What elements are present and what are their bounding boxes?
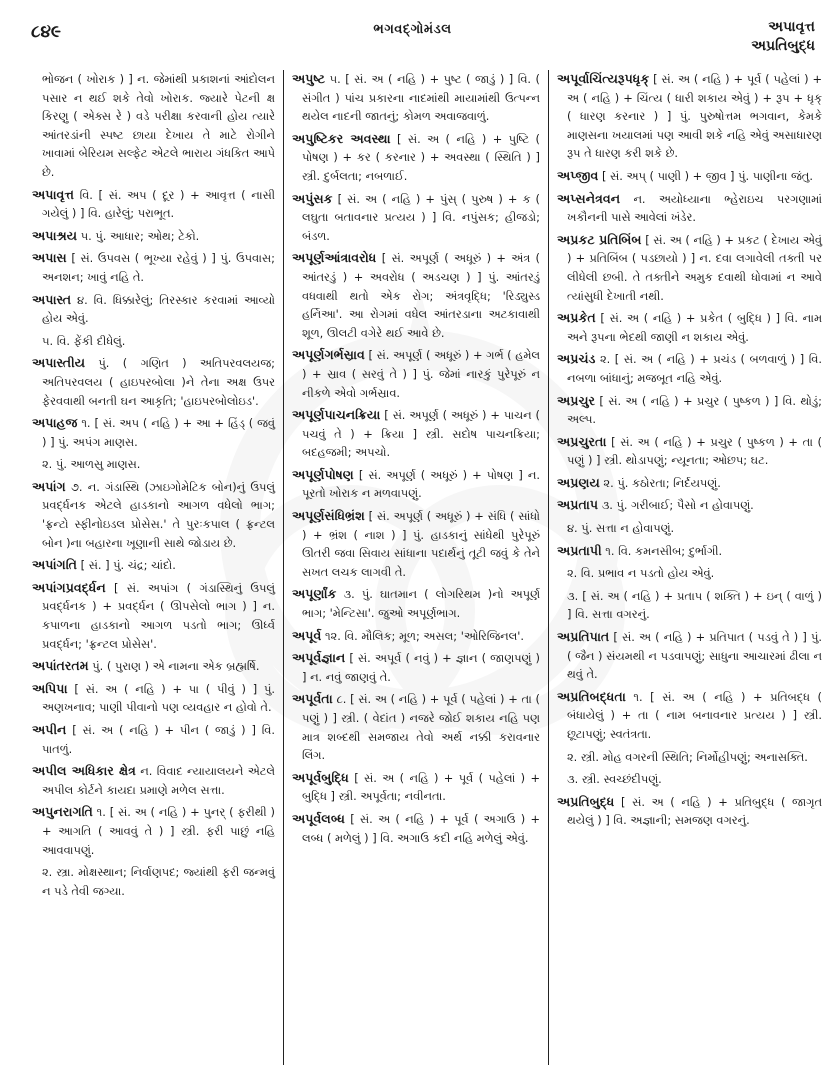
dictionary-entry: અપૂર્ણાંક ૩. પું. ઘાતમાન ( લોગરિથમ )નો અ…	[292, 585, 540, 622]
column-3: અપૂર્વાચિંત્યરૂપધૃક્ [ સં. અ ( નહિ ) + પ…	[549, 70, 822, 1065]
dictionary-entry: અપૂર્વલબ્ધ [ સં. અ ( નહિ ) + પૂર્વ ( અગા…	[292, 810, 540, 847]
entry-definition: [ સં. અ ( નહિ ) + પ્રચુર ( પુષ્કળ ) + તા…	[567, 435, 822, 468]
entry-headword: અપ્જીવ	[557, 168, 598, 183]
dictionary-entry: અપીલ અધિકાર ક્ષેત્ર ન. વિવાદ ન્યાયાલયને …	[32, 762, 275, 799]
entry-headword: અપાવૃત્ત	[32, 187, 74, 202]
entry-headword: અપ્રતિબદ્ધતા	[557, 689, 626, 704]
guide-word-first: અપાવૃત્ત	[751, 18, 815, 37]
dictionary-entry: અપ્સનેત્રવન ન. અયોધ્યાના ભ્હેરાઇચ પરગણામ…	[557, 190, 822, 227]
entry-definition: [ સં. ] પું. ચંદ્ર; ચાંદો.	[81, 558, 176, 572]
entry-sense: ૨. પું. આળસુ માણસ.	[32, 455, 275, 474]
dictionary-entry: અપાશ્રય પ. પું. આધાર; ઓથ; ટેકો.	[32, 227, 275, 246]
dictionary-entry: અપ્રતિબુદ્ધ [ સં. અ ( નહિ ) + પ્રતિબુદ્ધ…	[557, 793, 822, 830]
entry-headword: અપ્રતિપાત	[557, 629, 609, 644]
entry-headword: અપૂર્વાચિંત્યરૂપધૃક્	[557, 71, 649, 86]
entry-headword: અપુનરાગતિ	[32, 804, 93, 819]
guide-word-last: અપ્રતિબુદ્ધ	[751, 37, 815, 56]
entry-headword: અપ્રકેત	[557, 310, 596, 325]
dictionary-entry: અપ્રકેત [ સં. અ ( નહિ ) + પ્રકેત ( બુદ્ધ…	[557, 309, 822, 346]
entry-headword: અપાસ	[32, 250, 67, 265]
entry-headword: અપ્રણય	[557, 475, 600, 490]
entry-headword: અપ્રતાપી	[557, 543, 602, 558]
entry-definition: [ સં. અ ( નહિ ) + પા ( પીવું ) ] પું. અણ…	[42, 682, 275, 715]
entry-headword: અપ્રચુરતા	[557, 434, 606, 449]
entry-headword: અપ્સનેત્રવન	[557, 191, 620, 206]
dictionary-entry: અપીન [ સં. અ ( નહિ ) + પીન ( જાડું ) ] વ…	[32, 721, 275, 758]
column-2: અપુષ્ટ ૫. [ સં. અ ( નહિ ) + પુષ્ટ ( જાડુ…	[284, 70, 549, 1065]
entry-definition: [ સં. અપ્ ( પાણી ) + જીવ ] પું. પાણીના જ…	[602, 169, 813, 183]
entry-sense: ૩. સ્ત્રી. સ્વચ્છંદીપણું.	[557, 770, 822, 789]
entry-headword: અપ્રતાપ	[557, 497, 598, 512]
dictionary-entry: અપાહજ ૧. [ સં. અપ ( નહિ ) + આ + હિંડ્ ( …	[32, 414, 275, 451]
dictionary-entry: અપ્જીવ [ સં. અપ્ ( પાણી ) + જીવ ] પું. પ…	[557, 167, 822, 186]
entry-definition: [ સં. અ ( નહિ ) + પ્રચુર ( પુષ્કળ ) ] વિ…	[567, 394, 822, 427]
entry-headword: અપ્રકટ પ્રતિબિંબ	[557, 232, 642, 247]
dictionary-entry: અપ્રતિપાત [ સં. અ ( નહિ ) + પ્રતિપાત ( પ…	[557, 628, 822, 684]
dictionary-entry: અપાસ્ત ૪. વિ. ધિક્કારેલું; તિરસ્કાર કરવા…	[32, 291, 275, 328]
entry-headword: અપૂર્વતા	[292, 691, 333, 706]
entry-headword: અપાંતરતમ	[32, 658, 89, 673]
dictionary-entry: અપૂર્વજ્ઞાન [ સં. અપૂર્વ ( નવું ) + જ્ઞા…	[292, 649, 540, 686]
entry-headword: અપૂર્ણાંક	[292, 586, 336, 601]
entry-headword: અપૂર્વબુદ્ધિ	[292, 770, 349, 785]
dictionary-entry: અપાંગપ્રવર્દ્ધન [ સં. અપાંગ ( ગંડાસ્થિનુ…	[32, 579, 275, 653]
entry-definition: ૨. [ સં. અ ( નહિ ) + પ્રચંડ ( બળવાળું ) …	[567, 352, 822, 385]
page-header: ૮૪૯ ભગવદ્ગોમંડલ અપાવૃત્ત અપ્રતિબુદ્ધ	[0, 0, 825, 70]
entry-sense: ૪. પું. સત્તા ન હોવાપણું.	[557, 519, 822, 538]
entry-sense: ૫. વિ. ફેંકી દીધેલું.	[32, 332, 275, 351]
dictionary-entry: અપૂર્ણઆંત્રાવરોધ [ સં. અપૂર્ણ ( અધૂરું )…	[292, 249, 540, 342]
entry-headword: અપ્રતિબુદ્ધ	[557, 794, 614, 809]
entry-definition: ભોજન ( ખોરાક ) ] ન. જેમાંથી પ્રકાશનાં આં…	[42, 72, 275, 179]
entry-headword: અપીન	[32, 722, 66, 737]
dictionary-entry: અપ્રતાપી ૧. વિ. કમનસીબ; દુર્ભાગી.	[557, 542, 822, 561]
dictionary-entry: અપાંતરતમ પું. ( પુરાણ ) એ નામના એક બ્રહ્…	[32, 657, 275, 676]
dictionary-entry: અપુષ્ટ ૫. [ સં. અ ( નહિ ) + પુષ્ટ ( જાડુ…	[292, 70, 540, 126]
entry-definition: ૮. [ સં. અ ( નહિ ) + પૂર્વ ( પહેલાં ) + …	[302, 692, 540, 762]
dictionary-entry: અપાવૃત્ત વિ. [ સં. અપ ( દૂર ) + આવૃત્ત (…	[32, 186, 275, 223]
entry-definition: ૩. પું. ગરીબાઈ; પૈસો ન હોવાપણું.	[602, 498, 754, 512]
dictionary-entry: અપૂર્ણપોષણ [ સં. અપૂર્ણ ( અધૂરું ) + પોષ…	[292, 466, 540, 503]
entry-headword: અપાસ્ત	[32, 292, 71, 307]
entry-headword: અપાસ્તીય	[32, 355, 85, 370]
dictionary-entry: અપુષ્ટિકર અવસ્થા [ સં. અ ( નહિ ) + પુષ્ટ…	[292, 130, 540, 186]
entry-sense: ૨. સ્ત્રી. મોહ વગરની સ્થિતિ; નિર્મોહીપણુ…	[557, 748, 822, 767]
entry-headword: અપૂર્ણગર્ભસ્રાવ	[292, 347, 365, 362]
dictionary-entry: અપ્રણય ૨. પું. કઠોરતા; નિર્દયપણું.	[557, 474, 822, 493]
column-1: ભોજન ( ખોરાક ) ] ન. જેમાંથી પ્રકાશનાં આં…	[32, 70, 284, 1065]
entry-headword: અપૂર્વ	[292, 628, 321, 643]
entry-definition: ૩. પું. ઘાતમાન ( લોગરિથમ )નો અપૂર્ણ ભાગ;…	[302, 587, 540, 620]
dictionary-entry: અપ્રચંડ ૨. [ સં. અ ( નહિ ) + પ્રચંડ ( બળ…	[557, 350, 822, 387]
entry-definition: ૨. પું. કઠોરતા; નિર્દયપણું.	[603, 476, 720, 490]
dictionary-entry: અપ્રતિબદ્ધતા ૧. [ સં. અ ( નહિ ) + પ્રતિબ…	[557, 688, 822, 744]
entry-headword: અપૂર્ણપાચનક્રિયા	[292, 407, 380, 422]
entry-definition: ૭. ન. ગંડાસ્થિ (ઝાઇગોમેટિક બોન)નું ઉપલું…	[42, 480, 275, 550]
dictionary-entry: અપાંગતિ [ સં. ] પું. ચંદ્ર; ચાંદો.	[32, 556, 275, 575]
dictionary-entry: અપિપા [ સં. અ ( નહિ ) + પા ( પીવું ) ] પ…	[32, 680, 275, 717]
entry-headword: અપુષ્ટિકર અવસ્થા	[292, 131, 391, 146]
entry-definition: ૧. [ સં. અપ ( નહિ ) + આ + હિંડ્ ( જવું )…	[42, 416, 275, 449]
entry-headword: અપાંગપ્રવર્દ્ધન	[32, 580, 106, 595]
entry-headword: અપૂર્ણપોષણ	[292, 467, 354, 482]
dictionary-entry: અપ્રકટ પ્રતિબિંબ [ સં. અ ( નહિ ) + પ્રકટ…	[557, 231, 822, 305]
dictionary-entry: અપાસ [ સં. ઉપવસ ( ભૂખ્યા રહેવું ) ] પું.…	[32, 249, 275, 286]
entry-headword: અપીલ અધિકાર ક્ષેત્ર	[32, 763, 136, 778]
dictionary-entry: અપુંસક [ સં. અ ( નહિ ) + પુંસ્ ( પુરુષ )…	[292, 190, 540, 246]
dictionary-entry: અપાંગ ૭. ન. ગંડાસ્થિ (ઝાઇગોમેટિક બોન)નું…	[32, 478, 275, 552]
entry-definition: [ સં. અ ( નહિ ) + પીન ( જાડું ) ] વિ. પા…	[42, 723, 275, 756]
entry-headword: અપૂર્ણઆંત્રાવરોધ	[292, 250, 376, 265]
entry-sense: ૨. વિ. પ્રભાવ ન પડતો હોય એવું.	[557, 564, 822, 583]
entry-definition: પું. ( પુરાણ ) એ નામના એક બ્રહ્મર્ષિ.	[92, 659, 259, 673]
dictionary-entry: અપાસ્તીય પું. ( ગણિત ) અતિપરવલયજ; અતિપરવ…	[32, 354, 275, 410]
entry-headword: અપૂર્વજ્ઞાન	[292, 650, 345, 665]
dictionary-entry: અપૂર્વબુદ્ધિ [ સં. અ ( નહિ ) + પૂર્વ ( પ…	[292, 769, 540, 806]
entry-sense: ૩. [ સં. અ ( નહિ ) + પ્રતાપ ( શક્તિ ) + …	[557, 587, 822, 624]
dictionary-entry: અપૂર્ણગર્ભસ્રાવ [ સં. અપૂર્ણ ( અધૂરું ) …	[292, 346, 540, 402]
entry-definition: વિ. [ સં. અપ ( દૂર ) + આવૃત્ત ( નાસી ગયે…	[42, 188, 275, 221]
entry-definition: ૪. વિ. ધિક્કારેલું; તિરસ્કાર કરવામાં આવ્…	[42, 293, 275, 326]
entry-headword: અપાંગતિ	[32, 557, 77, 572]
guide-words: અપાવૃત્ત અપ્રતિબુદ્ધ	[751, 18, 815, 56]
entry-headword: અપાશ્રય	[32, 228, 77, 243]
dictionary-columns: ભોજન ( ખોરાક ) ] ન. જેમાંથી પ્રકાશનાં આં…	[32, 70, 822, 1065]
entry-definition: ૧૨. વિ. મૌલિક; મૂળ; અસલ; 'ઓરિજિનલ'.	[325, 629, 524, 643]
entry-headword: અપ્રચુર	[557, 393, 595, 408]
entry-headword: અપ્રચંડ	[557, 351, 595, 366]
entry-definition: [ સં. અ ( નહિ ) + પુંસ્ ( પુરુષ ) + ક ( …	[302, 192, 540, 243]
dictionary-entry: અપૂર્વ ૧૨. વિ. મૌલિક; મૂળ; અસલ; 'ઓરિજિનલ…	[292, 627, 540, 646]
entry-headword: અપાહજ	[32, 415, 77, 430]
entry-headword: અપૂર્વલબ્ધ	[292, 811, 345, 826]
dictionary-entry: અપૂર્ણસંધિભ્રંશ [ સં. અપૂર્ણ ( અધૂરું ) …	[292, 507, 540, 581]
entry-headword: અપાંગ	[32, 479, 66, 494]
entry-definition: ૧. વિ. કમનસીબ; દુર્ભાગી.	[605, 544, 722, 558]
entry-sense: ૨. સ્ત્રા. મોક્ષસ્થાન; નિર્વાણપદ; જ્યાંથ…	[32, 863, 275, 900]
dictionary-entry: અપૂર્વાચિંત્યરૂપધૃક્ [ સં. અ ( નહિ ) + પ…	[557, 70, 822, 163]
entry-definition: પ. પું. આધાર; ઓથ; ટેકો.	[81, 229, 200, 243]
entry-continuation: ભોજન ( ખોરાક ) ] ન. જેમાંથી પ્રકાશનાં આં…	[32, 70, 275, 182]
running-title: ભગવદ્ગોમંડલ	[0, 22, 825, 37]
dictionary-entry: અપુનરાગતિ ૧. [ સં. અ ( નહિ ) + પુનર્ ( ફ…	[32, 803, 275, 859]
entry-headword: અપૂર્ણસંધિભ્રંશ	[292, 508, 365, 523]
entry-definition: ૫. [ સં. અ ( નહિ ) + પુષ્ટ ( જાડું ) ] વ…	[302, 72, 540, 123]
dictionary-entry: અપૂર્ણપાચનક્રિયા [ સં. અપૂર્ણ ( અધૂરું )…	[292, 406, 540, 462]
entry-definition: [ સં. અ ( નહિ ) + પ્રકેત ( બુદ્ધિ ) ] વિ…	[567, 311, 822, 344]
entry-headword: અપુષ્ટ	[292, 71, 325, 86]
dictionary-entry: અપ્રતાપ ૩. પું. ગરીબાઈ; પૈસો ન હોવાપણું.	[557, 496, 822, 515]
entry-definition: [ સં. ઉપવસ ( ભૂખ્યા રહેવું ) ] પું. ઉપવા…	[42, 251, 275, 284]
dictionary-entry: અપ્રચુરતા [ સં. અ ( નહિ ) + પ્રચુર ( પુષ…	[557, 433, 822, 470]
dictionary-entry: અપ્રચુર [ સં. અ ( નહિ ) + પ્રચુર ( પુષ્ક…	[557, 392, 822, 429]
entry-headword: અપિપા	[32, 681, 68, 696]
dictionary-entry: અપૂર્વતા ૮. [ સં. અ ( નહિ ) + પૂર્વ ( પહ…	[292, 690, 540, 764]
entry-headword: અપુંસક	[292, 191, 333, 206]
